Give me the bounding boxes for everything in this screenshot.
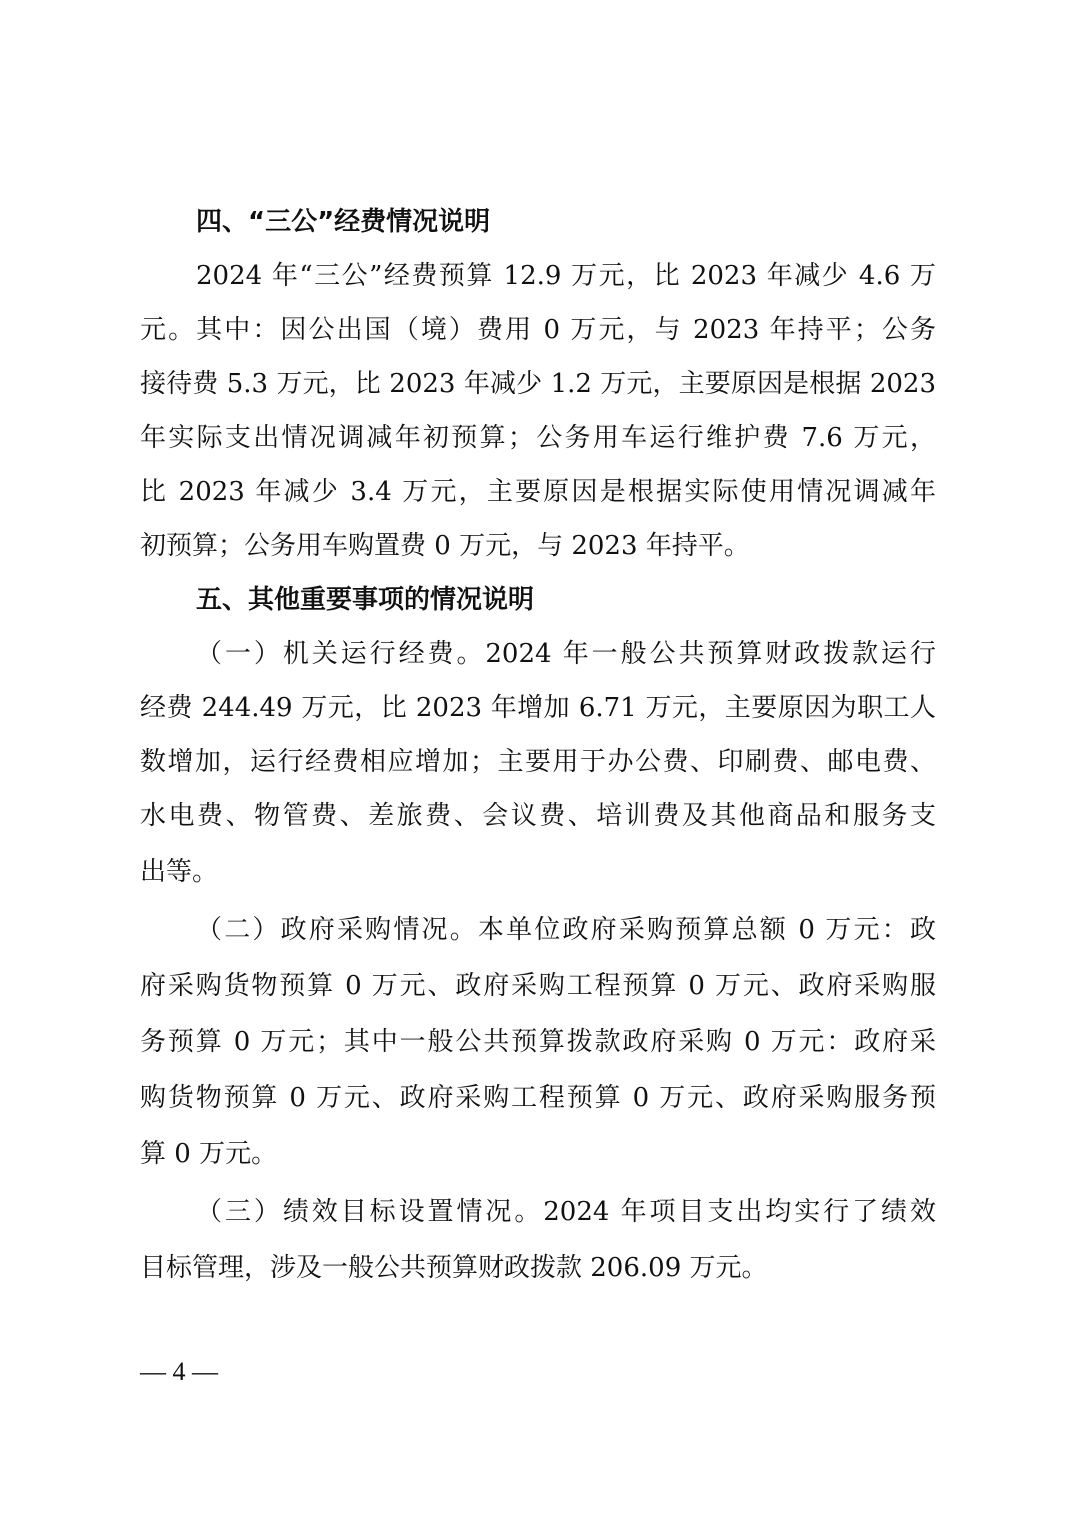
paragraph-line: 元。其中：因公出国（境）费用 0 万元，与 2023 年持平；公务 <box>140 310 936 350</box>
paragraph-line: 年实际支出情况调减年初预算；公务用车运行维护费 7.6 万元， <box>140 418 936 458</box>
section-4-heading: 四、“三公”经费情况说明 <box>196 202 490 242</box>
paragraph-line: （二）政府采购情况。本单位政府采购预算总额 0 万元：政 <box>196 910 936 950</box>
paragraph-line: （一）机关运行经费。2024 年一般公共预算财政拨款运行 <box>196 634 936 674</box>
paragraph-line: 购货物预算 0 万元、政府采购工程预算 0 万元、政府采购服务预 <box>140 1078 936 1118</box>
paragraph-line: 比 2023 年减少 3.4 万元，主要原因是根据实际使用情况调减年 <box>140 472 936 512</box>
paragraph-line: 接待费 5.3 万元，比 2023 年减少 1.2 万元，主要原因是根据 202… <box>140 364 936 404</box>
paragraph-line: 出等。 <box>140 852 936 892</box>
paragraph-line: 2024 年“三公”经费预算 12.9 万元，比 2023 年减少 4.6 万 <box>196 256 936 296</box>
section-5-heading: 五、其他重要事项的情况说明 <box>196 580 534 620</box>
paragraph-line: 数增加，运行经费相应增加；主要用于办公费、印刷费、邮电费、 <box>140 742 936 782</box>
paragraph-line: （三）绩效目标设置情况。2024 年项目支出均实行了绩效 <box>196 1192 936 1232</box>
paragraph-line: 水电费、物管费、差旅费、会议费、培训费及其他商品和服务支 <box>140 796 936 836</box>
page-number: — 4 — <box>140 1352 218 1392</box>
document-page: 四、“三公”经费情况说明 2024 年“三公”经费预算 12.9 万元，比 20… <box>0 0 1074 1520</box>
paragraph-line: 算 0 万元。 <box>140 1134 936 1174</box>
paragraph-line: 府采购货物预算 0 万元、政府采购工程预算 0 万元、政府采购服 <box>140 966 936 1006</box>
paragraph-line: 经费 244.49 万元，比 2023 年增加 6.71 万元，主要原因为职工人 <box>140 688 936 728</box>
paragraph-line: 务预算 0 万元；其中一般公共预算拨款政府采购 0 万元：政府采 <box>140 1022 936 1062</box>
paragraph-line: 目标管理，涉及一般公共预算财政拨款 206.09 万元。 <box>140 1248 936 1288</box>
paragraph-line: 初预算；公务用车购置费 0 万元，与 2023 年持平。 <box>140 526 936 566</box>
